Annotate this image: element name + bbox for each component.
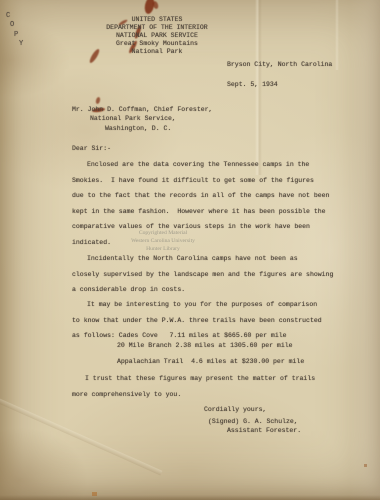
- copy-stamp-letter: O: [10, 21, 14, 29]
- address-line: Washington, D. C.: [72, 124, 212, 133]
- ink-stain: [95, 97, 101, 105]
- address-line: Mr. John D. Coffman, Chief Forester,: [72, 105, 212, 114]
- letter-page: C O P Y UNITED STATESDEPARTMENT OF THE I…: [0, 0, 380, 500]
- dateline-date: Sept. 5, 1934: [227, 77, 278, 93]
- age-spot: [364, 464, 367, 467]
- copy-stamp-letter: C: [6, 12, 10, 20]
- body-line: due to the fact that the records in all …: [72, 188, 329, 204]
- closing: Cordially yours,: [204, 402, 266, 418]
- letterhead-line: Great Smoky Mountains: [72, 40, 242, 48]
- trail-line: 20 Mile Branch 2.38 miles at 1305.60 per…: [117, 338, 304, 354]
- signature-block: (Signed) G. A. Schulze,Assistant Foreste…: [208, 417, 301, 436]
- body-line: closely supervised by the landscape men …: [72, 267, 333, 283]
- letterhead-line: National Park: [72, 48, 242, 56]
- letterhead: UNITED STATESDEPARTMENT OF THE INTERIORN…: [72, 16, 242, 56]
- trail-cost-list: 20 Mile Branch 2.38 miles at 1305.60 per…: [117, 338, 304, 369]
- signature-line: Assistant Forester.: [208, 426, 301, 435]
- watermark-line: Copyrighted Material: [108, 229, 218, 237]
- copy-stamp-letter: P: [14, 31, 18, 39]
- body-paragraph-2: Incidentally the North Carolina camps ha…: [72, 251, 333, 298]
- letterhead-line: DEPARTMENT OF THE INTERIOR: [72, 24, 242, 32]
- dateline-location: Bryson City, North Carolina: [227, 57, 332, 73]
- paper-crease: [335, 0, 339, 70]
- body-line: Smokies. I have found it difficult to ge…: [72, 173, 329, 189]
- body-line: kept in the same fashion. However where …: [72, 204, 329, 220]
- letterhead-line: UNITED STATES: [72, 16, 242, 24]
- body-line: I trust that these figures may present t…: [72, 371, 315, 387]
- body-line: It may be interesting to you for the pur…: [72, 297, 322, 313]
- body-line: more comprehensively to you.: [72, 387, 315, 403]
- letterhead-line: NATIONAL PARK SERVICE: [72, 32, 242, 40]
- body-line: Incidentally the North Carolina camps ha…: [72, 251, 333, 267]
- page-bottom-shadow: [0, 495, 380, 500]
- address-line: National Park Service,: [72, 114, 212, 123]
- copy-stamp-letter: Y: [19, 40, 23, 48]
- body-line: Enclosed are the data covering the Tenne…: [72, 157, 329, 173]
- trail-line: Appalachian Trail 4.6 miles at $230.00 p…: [117, 354, 304, 370]
- body-line: to know that under the P.W.A. three trai…: [72, 313, 322, 329]
- library-watermark: Copyrighted MaterialWestern Carolina Uni…: [108, 229, 218, 254]
- salutation: Dear Sir:-: [72, 141, 111, 157]
- signature-line: (Signed) G. A. Schulze,: [208, 417, 301, 426]
- paper-crease: [0, 390, 162, 476]
- watermark-line: Western Carolina University: [108, 237, 218, 245]
- body-paragraph-3: It may be interesting to you for the pur…: [72, 297, 322, 344]
- body-line: a considerable drop in costs.: [72, 282, 333, 298]
- recipient-address: Mr. John D. Coffman, Chief Forester,Nati…: [72, 105, 212, 133]
- body-paragraph-4: I trust that these figures may present t…: [72, 371, 315, 402]
